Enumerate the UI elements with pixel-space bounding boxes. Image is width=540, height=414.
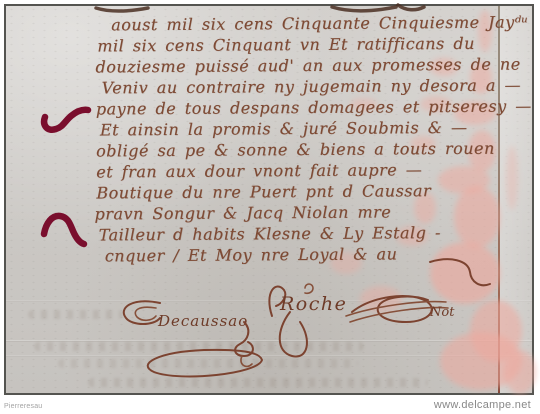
screenshot-root: aoust mil six cens Cinquante Cinquiesme … <box>0 0 540 414</box>
manuscript-line: mil six cens Cinquant vn Et ratifficans … <box>97 33 515 57</box>
manuscript-line: aoust mil six cens Cinquante Cinquiesme … <box>111 12 515 36</box>
bleed-through <box>28 310 123 319</box>
bleed-through <box>34 342 364 351</box>
manuscript-photo: aoust mil six cens Cinquante Cinquiesme … <box>4 4 534 395</box>
bleed-through <box>88 378 428 387</box>
seller-watermark: Pierreresau <box>4 403 42 410</box>
manuscript-line: Et ainsin la promis & juré Soubmis & — <box>100 117 516 141</box>
manuscript-line: Boutique du nre Puert pnt d Caussar <box>96 180 516 204</box>
manuscript-line: Tailleur d habits Klesne & Ly Estalg - <box>99 222 517 246</box>
manuscript-line: obligé sa pe & sonne & biens a touts rou… <box>96 138 516 162</box>
pink-stain <box>360 286 402 312</box>
manuscript-line: douziesme puissé aud' an aux promesses d… <box>95 54 515 78</box>
bleed-through <box>58 359 358 368</box>
site-watermark: www.delcampe.net <box>434 399 531 411</box>
watermark-bar: Pierreresau www.delcampe.net <box>0 396 540 414</box>
pink-stain <box>504 350 536 394</box>
manuscript-line: Veniv au contraire ny jugemain ny desora… <box>102 75 516 99</box>
manuscript-line: cnquer / Et Moy nre Loyal & au <box>105 243 517 267</box>
manuscript-line: payne de tous despans domagees et pitser… <box>96 96 516 120</box>
manuscript-text: aoust mil six cens Cinquante Cinquiesme … <box>95 12 517 267</box>
manuscript-line: pravn Songur & Jacq Niolan mre <box>94 201 516 225</box>
manuscript-line: et fran aux dour vnont fait aupre — <box>96 159 516 183</box>
